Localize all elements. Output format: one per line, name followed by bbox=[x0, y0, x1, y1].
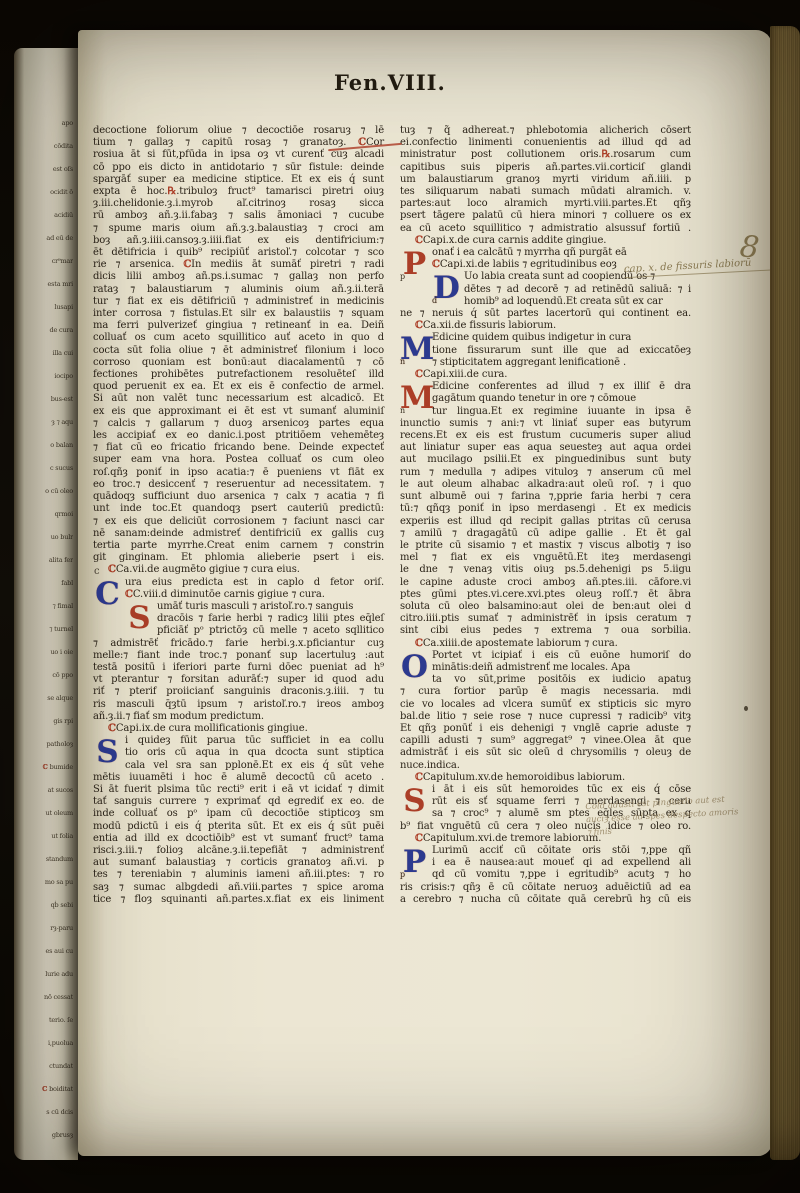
illuminated-initial-p: Pp bbox=[400, 846, 429, 881]
text-line: sunt albumē oui ⁊ farina ⁊,pprie faria h… bbox=[400, 491, 691, 503]
gutter-text-fragment: standum bbox=[14, 848, 73, 871]
illuminated-initial-s: S bbox=[93, 736, 122, 771]
text-line: rie ⁊ arsenica. ℂIn mediis āt sumāť pire… bbox=[93, 259, 384, 271]
text-line: ℂCapi.x.de cura carnis addite gingiue. bbox=[400, 235, 691, 247]
text-line: qd cū vomitu ⁊,ppe i egritudib⁹ acutȝ ⁊ … bbox=[400, 869, 691, 881]
text-line: spargāť super ea medicine stiptice. Et e… bbox=[93, 174, 384, 186]
text-line: partes:aut loco alramich myrti.viii.part… bbox=[400, 198, 691, 210]
text-line: onať i ea calcātū ⁊ myrrha qñ purgāt eā bbox=[400, 247, 691, 259]
text-line: cie vo locales ad vlcera sumūť ex stipti… bbox=[400, 699, 691, 711]
gutter-text-fragment: ⁊ turnel bbox=[14, 618, 73, 641]
gutter-text-fragment: ut folia bbox=[14, 825, 73, 848]
text-line: eo troc.⁊ desiccenť ⁊ reseruentur ad nec… bbox=[93, 479, 384, 491]
recipe-sign: ℞ bbox=[601, 149, 610, 160]
ink-speck bbox=[744, 706, 748, 711]
text-line: aut liniatur super eas aqua seuesteȝ aut… bbox=[400, 442, 691, 454]
chapter-heading: ℂCapitulum.xv.de hemoroidibus labiorum. bbox=[400, 772, 691, 784]
pen-flourish: 8 bbox=[738, 229, 761, 266]
text-line: a cerebro ⁊ nucha cū cōitate quā cerebrū… bbox=[400, 894, 691, 906]
guide-letter: d bbox=[432, 284, 437, 317]
text-line: dicis lilii amboȝ añ.ps.i.sumac ⁊ gallaȝ… bbox=[93, 271, 384, 283]
text-line: tū:⁊ qñqȝ poniť in ipso merdasengi . Et … bbox=[400, 503, 691, 515]
text-line: vt pterantur ⁊ forsitan adurāť:⁊ super i… bbox=[93, 674, 384, 686]
gutter-text-fragment: gis rpi bbox=[14, 710, 73, 733]
illuminated-initial-s: S bbox=[125, 602, 154, 637]
rubric-pilcrow: ℂ bbox=[43, 763, 48, 771]
text-block: Sumāť turis masculi ⁊ aristoľ.ro.⁊ sangu… bbox=[93, 601, 384, 723]
text-line: rataȝ ⁊ balaustiarum ⁊ aluminis oium añ.… bbox=[93, 284, 384, 296]
rubric-pilcrow: ℂ bbox=[415, 320, 423, 331]
text-line: gagātum quando tenetur in ore ⁊ cōmoue bbox=[400, 393, 691, 405]
illuminated-initial-s: S bbox=[400, 785, 429, 820]
text-line: ⁊ stipticitatem aggregant lenificationē … bbox=[400, 357, 691, 369]
text-line: bal.de litio ⁊ seie rose ⁊ nuce cupressi… bbox=[400, 711, 691, 723]
rubric-pilcrow: ℂ bbox=[415, 369, 423, 380]
text-line: psert tāgere palatū cū hiera minori ⁊ co… bbox=[400, 210, 691, 222]
gutter-text-fragment: nō cessat bbox=[14, 986, 73, 1009]
text-line: Edicine quidem quibus indigetur in cura bbox=[400, 332, 691, 344]
text-line: soluta cū oleo balsamino:aut olei de ben… bbox=[400, 601, 691, 613]
text-line: expta ē hoc.℞.tribuloȝ fruct⁹ tamarisci … bbox=[93, 186, 384, 198]
text-line: cō ppo eis dicto in antidotario ⁊ sūr fi… bbox=[93, 162, 384, 174]
illuminated-initial-o: O bbox=[400, 651, 429, 686]
text-line: nē sanam:deinde admistreť dentifriciū ex… bbox=[93, 528, 384, 540]
book-page: Fen.VIII. decoctione foliorum oliue ⁊ de… bbox=[78, 30, 772, 1156]
gutter-text-fragment: apo bbox=[14, 112, 73, 135]
rubric-pilcrow: ℂ bbox=[415, 638, 423, 649]
gutter-text-fragment: es aui cu bbox=[14, 940, 73, 963]
text-line: les accipiať ex eo danic.i.post ptritiōe… bbox=[93, 430, 384, 442]
text-line: ura eius predicta est in caplo d fetor o… bbox=[93, 577, 384, 589]
rubric-pilcrow: ℂ bbox=[432, 259, 440, 270]
gutter-text-fragment: o cū oleo bbox=[14, 480, 73, 503]
text-line: admistrāť i eis sūt sic oleū d chrysomil… bbox=[400, 747, 691, 759]
gutter-text-fragment: patholoȝ bbox=[14, 733, 73, 756]
text-line: tur lingua.Et ex regimine iuuante in ips… bbox=[400, 406, 691, 418]
text-line: tio oris cū aqua in qua dcocta sunt stip… bbox=[93, 747, 384, 759]
text-line: ta vo sūt,prime positōis ex iudicio apat… bbox=[400, 674, 691, 686]
gutter-text-fragment: i,puolua bbox=[14, 1032, 73, 1055]
gutter-text-fragment: bus-est bbox=[14, 388, 73, 411]
text-line: mētis iuuamēti i hoc ē alumē decoctū cū … bbox=[93, 772, 384, 784]
text-line: Si aūt non valēt tunc necessarium est al… bbox=[93, 393, 384, 405]
gutter-text-fragment: lusapi bbox=[14, 296, 73, 319]
text-line: saȝ ⁊ sumac albgdedi añ.viii.partes ⁊ sp… bbox=[93, 882, 384, 894]
text-block: Si quideȝ fūit parua tūc sufficiet in ea… bbox=[93, 735, 384, 906]
text-line: riť ⁊ pterif proiicianť sanguinis dracon… bbox=[93, 686, 384, 698]
gutter-text-fragment: o balan bbox=[14, 434, 73, 457]
left-text-column: decoctione foliorum oliue ⁊ decoctiōe ro… bbox=[93, 125, 384, 906]
rubric-pilcrow: ℂ bbox=[108, 564, 116, 575]
gutter-text-fragment: ut oleum bbox=[14, 802, 73, 825]
text-line: i ea ē nausea:aut moueť qi ad expellend … bbox=[400, 857, 691, 869]
gutter-text-fragment: esta mri bbox=[14, 273, 73, 296]
gutter-text-fragment: cr⁹mar bbox=[14, 250, 73, 273]
rubric-pilcrow: ℂ bbox=[183, 259, 191, 270]
chapter-heading: ℂCapi.xiii.de cura. bbox=[400, 369, 691, 381]
text-line: melle:⁊ fiant inde troc.⁊ ponanť sup lac… bbox=[93, 650, 384, 662]
chapter-heading: ℂCapi.ix.de cura mollificationis gingiue… bbox=[93, 723, 384, 735]
text-line: experiis est illud qd recipit gallas ptr… bbox=[400, 516, 691, 528]
text-line: ma ferri pulverizeť gingiua ⁊ retineanť … bbox=[93, 320, 384, 332]
guide-letter: n bbox=[400, 345, 405, 378]
text-line: ⁊ amilū ⁊ dragagātū cū adipe gallie . Et… bbox=[400, 528, 691, 540]
right-text-column: tuȝ ⁊ q̃ adhereat.⁊ phlebotomia alicheri… bbox=[400, 125, 691, 906]
text-line: aut sumanť balaustiaȝ ⁊ corticis granato… bbox=[93, 857, 384, 869]
text-line: risci.ȝ.iii.⁊ folioȝ alcāne.ȝ.ii.tepefiā… bbox=[93, 845, 384, 857]
text-line: sint cibi eius pedes ⁊ extrema ⁊ oua sor… bbox=[400, 625, 691, 637]
text-columns: decoctione foliorum oliue ⁊ decoctiōe ro… bbox=[93, 125, 706, 906]
text-block: MnEdicine quidem quibus indigetur in cur… bbox=[400, 332, 691, 369]
chapter-heading: ℂCa.vii.de augmēto gigiue ⁊ cura eius. bbox=[93, 564, 384, 576]
text-line: modū pdictū i eis q́ pterita sūt. Et ex … bbox=[93, 821, 384, 833]
text-line: unt inde toc.Et quandoqȝ psert cauteriū … bbox=[93, 503, 384, 515]
text-line: tice ⁊ floȝ squinanti añ.partes.x.fiat e… bbox=[93, 894, 384, 906]
text-block: DdUo labia creata sunt ad coopiendū os ⁊… bbox=[400, 271, 691, 320]
text-line: roſ.qñȝ poniť in ipso acatia:⁊ ē puenien… bbox=[93, 467, 384, 479]
text-line: quod peruenit ex ea. Et ex eis ē confect… bbox=[93, 381, 384, 393]
text-line: tať sanguis currere ⁊ exprimať qd egredi… bbox=[93, 796, 384, 808]
rubric-pilcrow: ℂ bbox=[415, 772, 423, 783]
text-line: ei.confectio linimenti conuenientis ad i… bbox=[400, 137, 691, 149]
text-line: ℂCapi.xiii.de cura. bbox=[400, 369, 691, 381]
gutter-text-fragment: se alque bbox=[14, 687, 73, 710]
text-line: rosiua āt si fūt,pfūda in ipsa oȝ vt cur… bbox=[93, 149, 384, 161]
gutter-text-fragment: est oſs bbox=[14, 158, 73, 181]
text-line: ⁊ fiat cū eo fricatio fricando bene. Dei… bbox=[93, 442, 384, 454]
text-line: ⁊ calcis ⁊ gallarum ⁊ duoȝ arsenicoȝ par… bbox=[93, 418, 384, 430]
text-line: decoctione foliorum oliue ⁊ decoctiōe ro… bbox=[93, 125, 384, 137]
gutter-text-fragment: cō ppo bbox=[14, 664, 73, 687]
chapter-heading: ℂCapi.x.de cura carnis addite gingiue. bbox=[400, 235, 691, 247]
text-line: ⁊ admistrēť fricādo.⁊ farie herbi.ȝ.x.pf… bbox=[93, 638, 384, 650]
text-block: Cura eius predicta est in caplo d fetor … bbox=[93, 577, 384, 589]
text-line: Edicine conferentes ad illud ⁊ ex illiſ … bbox=[400, 381, 691, 393]
text-line: le capine aduste croci amboȝ añ.ptes.iii… bbox=[400, 577, 691, 589]
illuminated-initial-d: Dd bbox=[432, 272, 461, 307]
text-line: Portet vt icipiať i eis cū euōne humoriſ… bbox=[400, 650, 691, 662]
gutter-text-fragment: ȝ ⁊ aqu bbox=[14, 411, 73, 434]
gutter-text-fragment: cōdita bbox=[14, 135, 73, 158]
gutter-text-fragment: acidiū bbox=[14, 204, 73, 227]
text-line: ℂCapitulum.xv.de hemoroidibus labiorum. bbox=[400, 772, 691, 784]
text-line: nuce.indica. bbox=[400, 760, 691, 772]
text-line: inde colluať os pᵒ ipam cū decoctiōe sti… bbox=[93, 808, 384, 820]
text-block: tuȝ ⁊ q̃ adhereat.⁊ phlebotomia alicheri… bbox=[400, 125, 691, 235]
text-line: ris crisis:⁊ qñȝ ē cū cōitate neruoȝ adu… bbox=[400, 882, 691, 894]
gutter-text-fragment: lurie adu bbox=[14, 963, 73, 986]
gutter-text-fragment: mo sa pu bbox=[14, 871, 73, 894]
text-line: rum ⁊ medulla ⁊ adipes vituloȝ ⁊ anserum… bbox=[400, 467, 691, 479]
text-line: recens.Et ex eis est frustum cucumeris s… bbox=[400, 430, 691, 442]
guide-letter: n bbox=[400, 394, 405, 427]
text-line: um balaustiarum granoȝ myrti viridum añ.… bbox=[400, 174, 691, 186]
text-line: Lurimū acciť cū cōitate oris stōi ⁊,ppe … bbox=[400, 845, 691, 857]
chapter-heading: ℂCa.xii.de fissuris labiorum. bbox=[400, 320, 691, 332]
illuminated-initial-c: C bbox=[93, 578, 122, 613]
text-line: i āt i eis sūt hemoroides tūc ex eis q́ … bbox=[400, 784, 691, 796]
text-block: decoctione foliorum oliue ⁊ decoctiōe ro… bbox=[93, 125, 384, 564]
gutter-text-fragment: terio. ſe bbox=[14, 1009, 73, 1032]
text-line: ea cū aceto squillitico ⁊ admistratio al… bbox=[400, 223, 691, 235]
text-line: ne ⁊ neruis q́ sūt partes lacertorū qui … bbox=[400, 308, 691, 320]
text-line: super eam vna hora. Postea colluať os cu… bbox=[93, 454, 384, 466]
guide-letter: p bbox=[400, 260, 405, 293]
gutter-text-fragment: at sucos bbox=[14, 779, 73, 802]
text-line: mel ⁊ fiat ex eis vnguētū.Et iteȝ merdas… bbox=[400, 552, 691, 564]
text-block: OPortet vt icipiať i eis cū euōne humori… bbox=[400, 650, 691, 772]
text-line: ℂCa.xiiii.de apostemate labiorum ⁊ cura. bbox=[400, 638, 691, 650]
gutter-text-fragment: illa cui bbox=[14, 342, 73, 365]
text-line: ris masculi q̄ȝtū ipsum ⁊ aristoľ.ro.⁊ i… bbox=[93, 699, 384, 711]
text-line: ȝ.iii.chelidonie.ȝ.i.myrob aľ.citrinoȝ r… bbox=[93, 198, 384, 210]
rubric-pilcrow: ℂ bbox=[108, 723, 116, 734]
text-line: ēt dētifricia i quib⁹ recipiūť aristoľ.⁊… bbox=[93, 247, 384, 259]
gutter-text-fragment: ocidit ō bbox=[14, 181, 73, 204]
guide-letter: p bbox=[400, 858, 405, 891]
text-line: ⁊ cura fortior parūp ē magis necessaria.… bbox=[400, 686, 691, 698]
text-line: ptes gūmi ptes.vi.cere.xvi.ptes oleuȝ ro… bbox=[400, 589, 691, 601]
text-block: Pponať i ea calcātū ⁊ myrrha qñ purgāt e… bbox=[400, 247, 691, 259]
previous-page-edge: apocōditaest oſsocidit ōacidiūad eū decr… bbox=[14, 48, 78, 1160]
text-line: capilli adusti ⁊ sum⁹ aggregat⁹ ⁊ vinee.… bbox=[400, 735, 691, 747]
gutter-text-fragment: uo bulr bbox=[14, 526, 73, 549]
gutter-text-fragment: qrmoi bbox=[14, 503, 73, 526]
gutter-text-fragment: ℂ bumide bbox=[14, 756, 73, 779]
rubric-pilcrow: ℂ bbox=[415, 833, 423, 844]
rubric-pilcrow: ℂ bbox=[415, 235, 423, 246]
illuminated-initial-p: Pp bbox=[400, 248, 429, 283]
illuminated-initial-m: Mn bbox=[400, 333, 429, 368]
text-line: ⁊ spume maris oium añ.ȝ.ȝ.balaustiaȝ ⁊ c… bbox=[93, 223, 384, 235]
recipe-sign: ℞ bbox=[167, 186, 176, 197]
text-line: ministratur post collutionem oris.℞.rosa… bbox=[400, 149, 691, 161]
text-line: ex eis que approximant ei ēt est vt suma… bbox=[93, 406, 384, 418]
text-line: le dne ⁊ venaȝ vitis oiuȝ ps.5.dehenigi … bbox=[400, 564, 691, 576]
text-line: inunctio sumis ⁊ ani:⁊ vt liniať super e… bbox=[400, 418, 691, 430]
text-line: cala vel sra san pplonē.Et ex eis q́ sūt… bbox=[93, 760, 384, 772]
text-line: ⁊ ex eis que deliciūt corrosionem ⁊ faci… bbox=[93, 516, 384, 528]
gutter-text-fragment: c sucus bbox=[14, 457, 73, 480]
text-line: ℂCa.xii.de fissuris labiorum. bbox=[400, 320, 691, 332]
text-line: le aut oleum alhabac alkadra:aut oleū ro… bbox=[400, 479, 691, 491]
text-line: aut mucilago psilii.Et ex pinguedinibus … bbox=[400, 454, 691, 466]
text-line: rū amboȝ añ.ȝ.ii.fabaȝ ⁊ salis āmoniaci … bbox=[93, 210, 384, 222]
text-line: tertia parte myrrhe.Creat enim carnem ⁊ … bbox=[93, 540, 384, 552]
text-block: PpLurimū acciť cū cōitate oris stōi ⁊,pp… bbox=[400, 845, 691, 906]
text-line: citro.iiii.ptis sumať ⁊ administrēť in i… bbox=[400, 613, 691, 625]
text-block: MnEdicine conferentes ad illud ⁊ ex illi… bbox=[400, 381, 691, 637]
gutter-text-fragment: fabl bbox=[14, 572, 73, 595]
text-line: le ptrite cū sisamio ⁊ et mastix ⁊ viscu… bbox=[400, 540, 691, 552]
text-line: fectiones prohibētes putrefactionem reso… bbox=[93, 369, 384, 381]
handwritten-guide-letter: c bbox=[94, 566, 100, 577]
text-line: boȝ añ.ȝ.iiii.cansoȝ.ȝ.iiii.fiat ex eis … bbox=[93, 235, 384, 247]
text-line: colluať os cum aceto squillitico auť ace… bbox=[93, 332, 384, 344]
gutter-text-fragment: gbrusȝ bbox=[14, 1124, 73, 1147]
book-photograph: apocōditaest oſsocidit ōacidiūad eū decr… bbox=[0, 0, 800, 1193]
text-line: i quideȝ fūit parua tūc sufficiet in ea … bbox=[93, 735, 384, 747]
text-line: entia ad illd ex dcoctiōib⁹ est vt suman… bbox=[93, 833, 384, 845]
chapter-heading: ℂCa.xiiii.de apostemate labiorum ⁊ cura. bbox=[400, 638, 691, 650]
gutter-text-fragment: ℂ boiditat bbox=[14, 1078, 73, 1101]
gutter-text-fragment: ⁊ fimal bbox=[14, 595, 73, 618]
text-line: corroso quoniam est bonū:aut diacalament… bbox=[93, 357, 384, 369]
text-line: ℂCapi.ix.de cura mollificationis gingiue… bbox=[93, 723, 384, 735]
text-line: git ginginam. Et phlomia alieberie psert… bbox=[93, 552, 384, 564]
text-line: testā positū i iferiori parte furni dōec… bbox=[93, 662, 384, 674]
text-line: cocta sūt folia oliue ⁊ ēt administreť f… bbox=[93, 345, 384, 357]
gutter-text-fragment: qḃ sebi bbox=[14, 894, 73, 917]
gutter-text-fragment: rȝ-paru bbox=[14, 917, 73, 940]
text-line: minātis:deiñ admistrenť me locales. Apa bbox=[400, 662, 691, 674]
text-line: inter corrosa ⁊ fistulas.Et silr ex bala… bbox=[93, 308, 384, 320]
illuminated-initial-m: Mn bbox=[400, 382, 429, 417]
folio-header: Fen.VIII. bbox=[334, 70, 446, 95]
rubric-pilcrow: ℂ bbox=[42, 1085, 47, 1093]
gutter-text-fragment: ad eū de bbox=[14, 227, 73, 250]
fore-edge-pages bbox=[770, 26, 800, 1160]
text-line: quādoqȝ sufficiunt duo arsenica ⁊ calx ⁊… bbox=[93, 491, 384, 503]
text-line: Si āt fuerit plsima tūc recti⁹ erit i eā… bbox=[93, 784, 384, 796]
gutter-text-fragment: ctundat bbox=[14, 1055, 73, 1078]
rubric-pilcrow: ℂ bbox=[125, 589, 133, 600]
text-line: Et qñȝ ponūť i eis dehenigi ⁊ vnglē capr… bbox=[400, 723, 691, 735]
text-line: tes ⁊ tereniabin ⁊ aluminis iameni añ.ii… bbox=[93, 869, 384, 881]
text-line: tes siliquarum nabati sumach mūdati alra… bbox=[400, 186, 691, 198]
gutter-text-fragment: alita fer bbox=[14, 549, 73, 572]
gutter-text-fragment: uo i oie bbox=[14, 641, 73, 664]
text-line: capitibus suis piperis añ.partes.vii.cor… bbox=[400, 162, 691, 174]
text-line: tione fissurarum sunt ille que ad exicca… bbox=[400, 345, 691, 357]
gutter-text-fragment: s cū dcis bbox=[14, 1101, 73, 1124]
text-line: ℂCa.vii.de augmēto gigiue ⁊ cura eius. bbox=[93, 564, 384, 576]
gutter-text-fragment: de cura bbox=[14, 319, 73, 342]
text-line: tuȝ ⁊ q̃ adhereat.⁊ phlebotomia alicheri… bbox=[400, 125, 691, 137]
text-line: tur ⁊ fiat ex eis dētifriciū ⁊ administr… bbox=[93, 296, 384, 308]
text-line: añ.ȝ.ii.⁊ fiať sm modum predictum. bbox=[93, 711, 384, 723]
gutter-text-fragment: iocipo bbox=[14, 365, 73, 388]
